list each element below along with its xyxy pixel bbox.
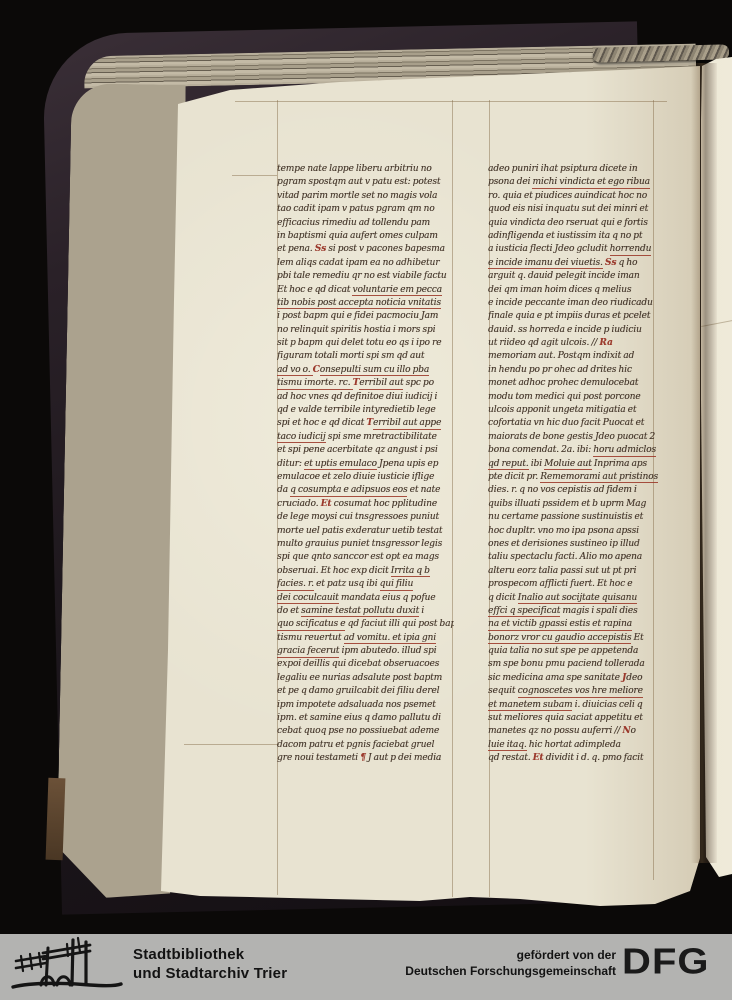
manuscript-line: et pe q damo gruilcabit dei filiu derel: [277, 685, 454, 698]
manuscript-line: quia vindicta deo rseruat qui e fortis: [488, 217, 659, 230]
manuscript-line: expoi deillis qui dicebat obseruacoes: [277, 658, 454, 671]
manuscript-line: spi et hoc e qd dicat Terribil aut appe: [277, 417, 454, 430]
manuscript-line: sut meliores quia saciat appetitu et: [488, 712, 659, 725]
manuscript-line: da q cosumpta e adipsuos eos et nate: [277, 484, 454, 497]
manuscript-line: quia talia no sut spe pe appetenda: [488, 645, 659, 658]
text-column-right: adeo puniri ihat psiptura dicete inpsona…: [488, 163, 659, 766]
manuscript-line: qd restat. Et dividit i d. q. pmo facit: [488, 752, 659, 765]
manuscript-line: tib nobis post accepta noticia vnitatis: [277, 297, 454, 310]
manuscript-line: bona comendat. 2a. ibi: horu admiclos: [488, 444, 659, 457]
manuscript-line: psona dei michi vindicta et ego ribua: [488, 176, 659, 189]
manuscript-line: tismu imorte. rc. Terribil aut spc po: [277, 377, 454, 390]
manuscript-line: ditur: et uptis emulaco Jpena upis ep: [277, 458, 454, 471]
manuscript-line: dei coculcauit mandata eius q pofue: [277, 592, 454, 605]
manuscript-line: no relinquit spiritis hostia i mors spi: [277, 324, 454, 337]
manuscript-line: morte uel patis exderatur uetib testat: [277, 525, 454, 538]
manuscript-line: ro. quia et piudices auindicat hoc no: [488, 190, 659, 203]
manuscript-line: ad hoc vnes qd definitoe diui iudicij i: [277, 391, 454, 404]
manuscript-line: dei qm iman hoim dices q melius: [488, 284, 659, 297]
manuscript-line: dacom patru et pgnis faciebat gruel: [277, 739, 454, 752]
manuscript-line: maiorats de bone gestis Jdeo puocat 2: [488, 431, 659, 444]
ruling-line-horizontal: [184, 744, 279, 745]
manuscript-line: vitad parim mortle set no magis vola: [277, 190, 454, 203]
manuscript-line: de lege moysi cui tnsgressoes puniut: [277, 511, 454, 524]
manuscript-line: ut riideo qd agit ulcois. // Ra: [488, 337, 659, 350]
manuscript-line: na et victib gpassi estis et rapina: [488, 618, 659, 631]
manuscript-line: legaliu ee nurias adsalute post baptm: [277, 672, 454, 685]
manuscript-line: tismu reuertut ad vomitu. et ipia gni: [277, 632, 454, 645]
gutter-shadow: [691, 63, 717, 863]
manuscript-line: pbi tale remediu qr no est viabile factu: [277, 270, 454, 283]
manuscript-line: tempe nate lappe liberu arbitriu no: [277, 163, 454, 176]
manuscript-line: qd reput. ibi Moluie aut Inprima aps: [488, 458, 659, 471]
ruling-line-horizontal: [235, 101, 667, 102]
manuscript-line: alteru eorz talia passi sut ut pt pri: [488, 565, 659, 578]
text-column-left: tempe nate lappe liberu arbitriu nopgram…: [277, 163, 454, 766]
manuscript-line: adeo puniri ihat psiptura dicete in: [488, 163, 659, 176]
manuscript-line: arguit q. dauid pelegit incide iman: [488, 270, 659, 283]
library-name-line2: und Stadtarchiv Trier: [133, 964, 287, 983]
manuscript-line: nu certame passione sustinuistis et: [488, 511, 659, 524]
manuscript-line: Et hoc e qd dicat voluntarie em pecca: [277, 284, 454, 297]
manuscript-line: hoc dupltr. vno mo ipa psona apssi: [488, 525, 659, 538]
manuscript-line: et pena. Ss si post v pacones bapesma: [277, 243, 454, 256]
manuscript-line: manetes qz no possu auferri // No: [488, 725, 659, 738]
cover-edge-bottom: [46, 778, 66, 861]
manuscript-line: prospecom afflicti fuert. Et hoc e: [488, 578, 659, 591]
manuscript-line: qd e valde terribile intyredietib lege: [277, 404, 454, 417]
manuscript-line: q dicit Inalio aut socijtate quisanu: [488, 592, 659, 605]
manuscript-line: in hendu po pr ohec ad drites hic: [488, 364, 659, 377]
footer-banner: Stadtbibliothek und Stadtarchiv Trier ge…: [0, 934, 732, 1000]
manuscript-line: emulacoe et zelo diuie iusticie iflige: [277, 471, 454, 484]
manuscript-line: facies. r. et patz usq ibi qui filiu: [277, 578, 454, 591]
manuscript-line: spi que qnto sanccor est opt ea mags: [277, 551, 454, 564]
manuscript-line: finale quia e pt impiis duras et pcelet: [488, 310, 659, 323]
manuscript-line: monet adhoc prohec demulocebat: [488, 377, 659, 390]
manuscript-line: ipm. et samine eius q damo pallutu di: [277, 712, 454, 725]
ruling-line-horizontal: [232, 175, 277, 176]
manuscript-line: et manetem subam i. diuicias celi q: [488, 699, 659, 712]
manuscript-line: efficacius rimediu ad tollendu pam: [277, 217, 454, 230]
library-name-line1: Stadtbibliothek: [133, 945, 287, 964]
manuscript-line: gre noui testameti ¶ J aut p dei media: [277, 752, 454, 765]
manuscript-line: i post bapm qui e fidei pacmociu Jam: [277, 310, 454, 323]
manuscript-line: luie itaq. hic hortat adimpleda: [488, 739, 659, 752]
manuscript-line: memoriam aut. Postqm indixit ad: [488, 350, 659, 363]
manuscript-line: bonorz vror cu gaudio accepistis Et: [488, 632, 659, 645]
manuscript-line: dies. r. q no vos cepistis ad fidem i: [488, 484, 659, 497]
manuscript-line: multo grauius puniet tnsgressor legis: [277, 538, 454, 551]
manuscript-line: figuram totali morti spi sm qd aut: [277, 350, 454, 363]
manuscript-line: do et samine testat pollutu duxit i: [277, 605, 454, 618]
manuscript-line: e incide peccante iman deo riudicadu: [488, 297, 659, 310]
funding-line1: gefördert von der: [405, 947, 616, 963]
manuscript-line: modu tom medici qui post porcone: [488, 391, 659, 404]
stadtbibliothek-trier-logo: [10, 936, 124, 998]
manuscript-photo: tempe nate lappe liberu arbitriu nopgram…: [0, 0, 732, 1000]
manuscript-line: cofortatia vn hic duo facit Puocat et: [488, 417, 659, 430]
manuscript-line: ipm impotete adsaluada nos psemet: [277, 699, 454, 712]
manuscript-line: quod eis nisi inquatu sut dei minri et: [488, 203, 659, 216]
manuscript-line: pte dicit pr. Rememorami aut pristinos: [488, 471, 659, 484]
manuscript-line: ulcois apponit ungeta mitigatia et: [488, 404, 659, 417]
manuscript-line: quo scificatus e qd faciut illi qui post…: [277, 618, 454, 631]
manuscript-line: pgram spostqm aut v patu est: potest: [277, 176, 454, 189]
manuscript-line: a iusticia flecti Jdeo gcludit horrendu: [488, 243, 659, 256]
manuscript-line: et spi pene acerbitate qz angust i psi: [277, 444, 454, 457]
funding-line2: Deutschen Forschungsgemeinschaft: [405, 963, 616, 979]
manuscript-line: e incide imanu dei viuetis. Ss q ho: [488, 257, 659, 270]
manuscript-line: effci q specificat magis i spali dies: [488, 605, 659, 618]
manuscript-line: ones et derisiones sustineo ip illud: [488, 538, 659, 551]
library-name: Stadtbibliothek und Stadtarchiv Trier: [133, 945, 287, 983]
manuscript-line: tao cadit ipam v patus pgram qm no: [277, 203, 454, 216]
manuscript-line: quibs illuati pssidem et b uprm Mag: [488, 498, 659, 511]
manuscript-line: taco iudicij spi sme mretractibilitate: [277, 431, 454, 444]
manuscript-line: lem aliqs cadat ipam ea no adhibetur: [277, 257, 454, 270]
manuscript-line: sit p bapm qui delet totu eo qs i ipo re: [277, 337, 454, 350]
manuscript-line: cruciado. Et cosumat hoc pplitudine: [277, 498, 454, 511]
manuscript-line: sequit cognoscetes vos hre meliore: [488, 685, 659, 698]
manuscript-line: taliu spectaclu facti. Alio mo apena: [488, 551, 659, 564]
manuscript-line: in baptismi quia aufert omes culpam: [277, 230, 454, 243]
manuscript-line: ad vo o. Consepulti sum cu illo pba: [277, 364, 454, 377]
manuscript-line: dauid. ss horreda e incide p iudiciu: [488, 324, 659, 337]
manuscript-line: sm spe bonu pmu paciend tollerada: [488, 658, 659, 671]
manuscript-line: gracia fecerut ipm abutedo. illud spi: [277, 645, 454, 658]
dfg-logo: DFG: [622, 941, 710, 982]
manuscript-line: adinfligenda et iustissim ita q no pt: [488, 230, 659, 243]
dfg-funding-credit: gefördert von der Deutschen Forschungsge…: [405, 947, 616, 979]
headband: [593, 44, 729, 62]
manuscript-line: sic medicina ama spe sanitate Jdeo: [488, 672, 659, 685]
manuscript-line: obseruai. Et hoc exp dicit Irrita q b: [277, 565, 454, 578]
manuscript-line: cebat quoq pse no possiuebat ademe: [277, 725, 454, 738]
